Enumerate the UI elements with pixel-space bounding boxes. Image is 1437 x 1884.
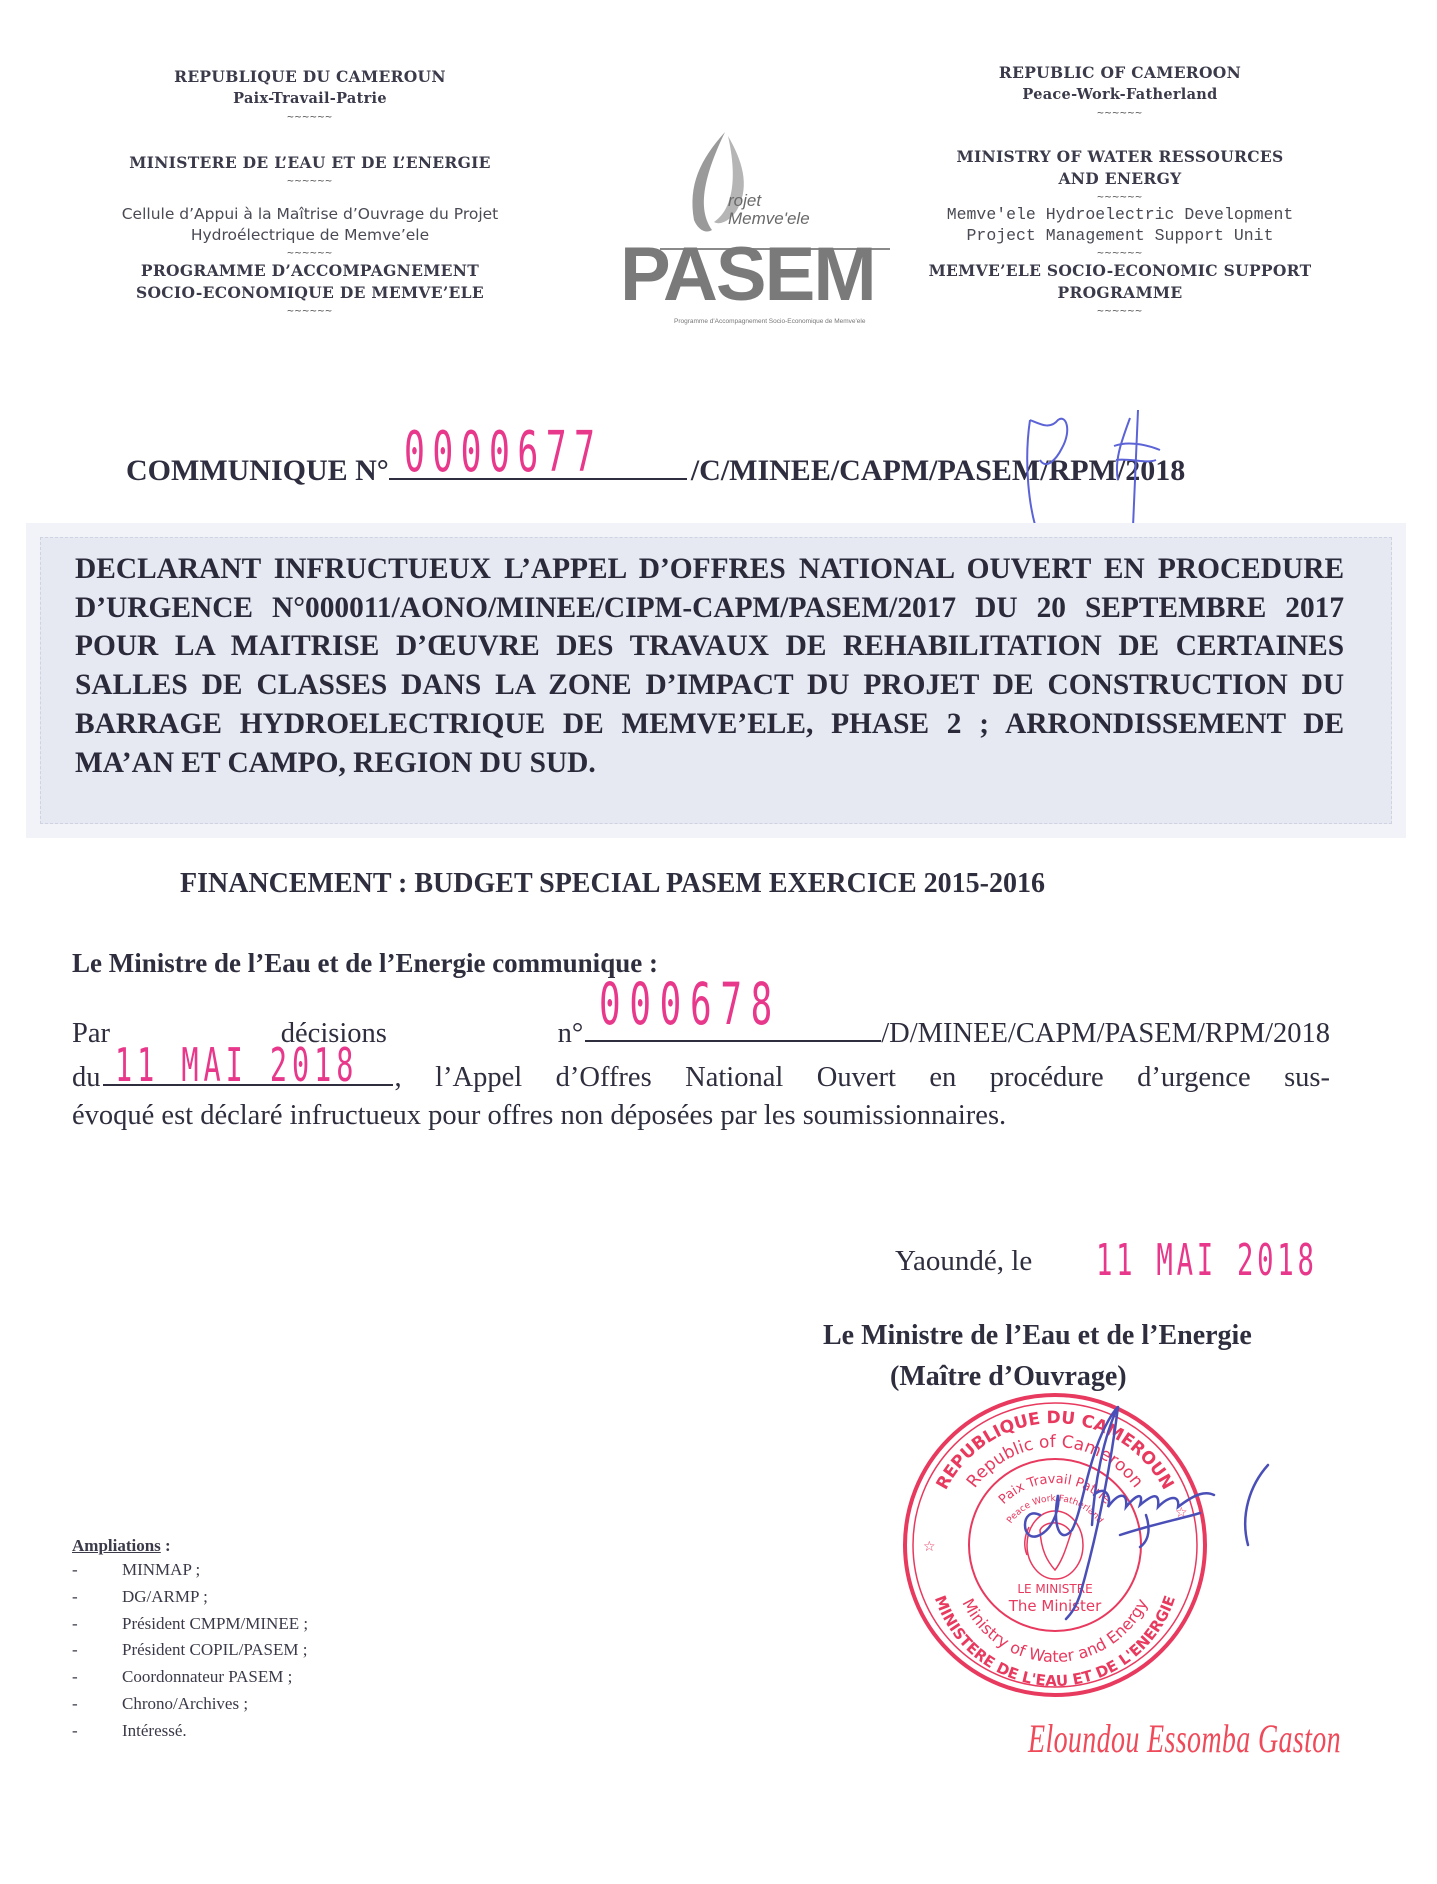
pasem-logo: rojet Memve'ele PASEM Programme d'Accomp…: [610, 130, 880, 330]
subject-text: DECLARANT INFRUCTUEUX L’APPEL D’OFFRES N…: [75, 550, 1344, 782]
unit-en-line1: Memve'ele Hydroelectric Development: [880, 204, 1360, 225]
distribution-item: -Président COPIL/PASEM ;: [72, 1637, 308, 1664]
place-date-stamp: 11 MAI 2018: [1096, 1235, 1318, 1286]
logo-brand: PASEM: [620, 235, 875, 315]
handwritten-signature: [1000, 1395, 1320, 1625]
place-date-label: Yaoundé, le: [895, 1245, 1032, 1278]
ministry-en-line1: MINISTRY OF WATER RESSOURCES: [880, 146, 1360, 168]
communique-number-stamp: 0000677: [404, 420, 602, 485]
distribution-item-label: Chrono/Archives ;: [122, 1694, 248, 1713]
programme-fr-line2: SOCIO-ECONOMIQUE DE MEMVE’ELE: [60, 282, 560, 304]
motto-en: Peace-Work-Fatherland: [880, 84, 1360, 106]
bullet-dash: -: [72, 1637, 78, 1664]
distribution-item: -Intéressé.: [72, 1718, 308, 1745]
logo-projet-text: rojet Memve'ele: [728, 192, 810, 228]
distribution-item-label: Président COPIL/PASEM ;: [122, 1640, 307, 1659]
separator: ~~~~~~: [880, 246, 1360, 260]
word-par: Par: [72, 1018, 110, 1050]
distribution-item: -DG/ARMP ;: [72, 1584, 308, 1611]
decision-date-slot: 11 MAI 2018: [103, 1056, 393, 1086]
motto-fr: Paix-Travail-Patrie: [60, 88, 560, 110]
separator: ~~~~~~: [880, 304, 1360, 318]
signatory-title: Le Ministre de l’Eau et de l’Energie: [823, 1320, 1252, 1352]
financing-line: FINANCEMENT : BUDGET SPECIAL PASEM EXERC…: [180, 868, 1045, 900]
programme-en-line2: PROGRAMME: [880, 282, 1360, 304]
svg-text:☆: ☆: [923, 1539, 936, 1555]
bullet-dash: -: [72, 1718, 78, 1745]
programme-fr-line1: PROGRAMME D’ACCOMPAGNEMENT: [60, 260, 560, 282]
unit-fr-line1: Cellule d’Appui à la Maîtrise d’Ouvrage …: [60, 204, 560, 225]
bullet-dash: -: [72, 1584, 78, 1611]
distribution-item: -Coordonnateur PASEM ;: [72, 1664, 308, 1691]
distribution-item: -MINMAP ;: [72, 1557, 308, 1584]
separator: ~~~~~~: [60, 304, 560, 318]
communique-lead: Le Ministre de l’Eau et de l’Energie com…: [72, 948, 658, 979]
separator: ~~~~~~: [60, 246, 560, 260]
ministry-fr: MINISTERE DE L’EAU ET DE L’ENERGIE: [60, 152, 560, 174]
decision-date-stamp: 11 MAI 2018: [115, 1038, 358, 1092]
distribution-item-label: Coordonnateur PASEM ;: [122, 1667, 292, 1686]
distribution-item-label: Intéressé.: [122, 1721, 187, 1740]
ministry-en-line2: AND ENERGY: [880, 168, 1360, 190]
decision-reference: n°000678/D/MINEE/CAPM/PASEM/RPM/2018: [558, 1012, 1330, 1050]
distribution-list: Ampliations : -MINMAP ;-DG/ARMP ;-Présid…: [72, 1535, 308, 1745]
distribution-items: -MINMAP ;-DG/ARMP ;-Président CMPM/MINEE…: [72, 1557, 308, 1745]
bullet-dash: -: [72, 1611, 78, 1638]
signer-name-stamp: Eloundou Essomba Gaston: [1028, 1715, 1341, 1762]
country-en: REPUBLIC OF CAMEROON: [880, 62, 1360, 84]
body-line-3: évoqué est déclaré infructueux pour offr…: [72, 1100, 1330, 1132]
decision-number-stamp: 000678: [599, 970, 781, 1038]
unit-fr-line2: Hydroélectrique de Memve’ele: [60, 225, 560, 246]
unit-en-line2: Project Management Support Unit: [880, 225, 1360, 246]
bullet-dash: -: [72, 1691, 78, 1718]
handwritten-initials: [1010, 400, 1180, 550]
subject-box: DECLARANT INFRUCTUEUX L’APPEL D’OFFRES N…: [40, 537, 1392, 824]
separator: ~~~~~~: [60, 110, 560, 124]
decision-number-slot: 000678: [585, 1012, 881, 1042]
programme-en-line1: MEMVE’ELE SOCIO-ECONOMIC SUPPORT: [880, 260, 1360, 282]
distribution-item-label: DG/ARMP ;: [122, 1587, 208, 1606]
bullet-dash: -: [72, 1557, 78, 1584]
distribution-item: -Chrono/Archives ;: [72, 1691, 308, 1718]
separator: ~~~~~~: [880, 106, 1360, 120]
body-line-2: du11 MAI 2018 , l’Appel d’Offres Nationa…: [72, 1056, 1330, 1094]
bullet-dash: -: [72, 1664, 78, 1691]
distribution-item-label: MINMAP ;: [122, 1560, 200, 1579]
distribution-title: Ampliations: [72, 1536, 161, 1555]
logo-tagline: Programme d'Accompagnement Socio-Economi…: [674, 318, 865, 325]
separator: ~~~~~~: [60, 174, 560, 188]
distribution-item: -Président CMPM/MINEE ;: [72, 1611, 308, 1638]
header-right: REPUBLIC OF CAMEROON Peace-Work-Fatherla…: [880, 62, 1360, 318]
header-left: REPUBLIQUE DU CAMEROUN Paix-Travail-Patr…: [60, 66, 560, 318]
communique-prefix: COMMUNIQUE N°: [126, 454, 389, 487]
decision-date: du11 MAI 2018: [72, 1056, 393, 1094]
country-fr: REPUBLIQUE DU CAMEROUN: [60, 66, 560, 88]
separator: ~~~~~~: [880, 190, 1360, 204]
distribution-item-label: Président CMPM/MINEE ;: [122, 1614, 308, 1633]
body-line-2-text: , l’Appel d’Offres National Ouvert en pr…: [395, 1062, 1331, 1094]
